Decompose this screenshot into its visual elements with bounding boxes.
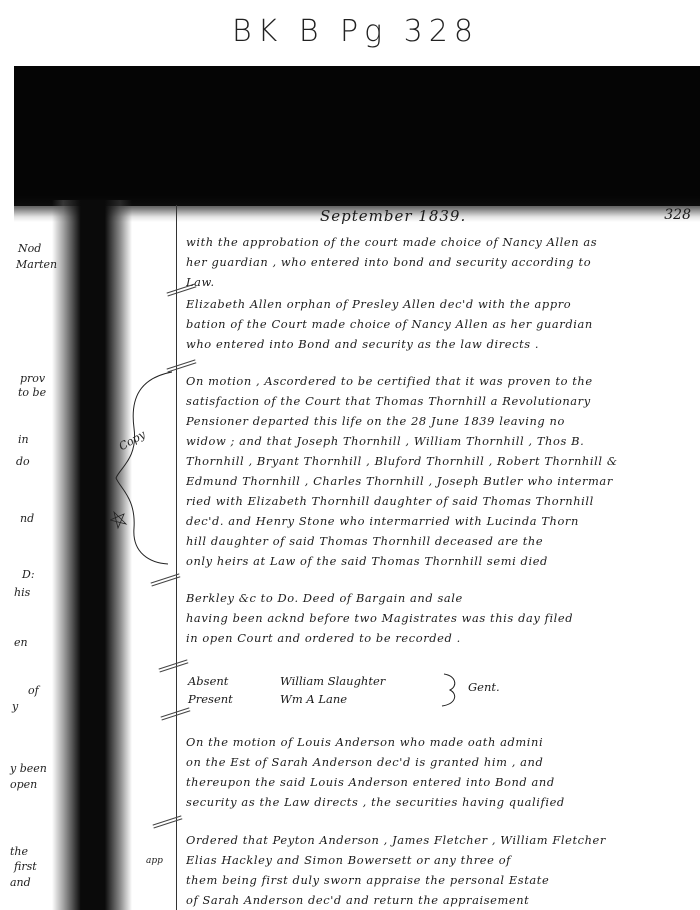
entry-line: Ordered that Peyton Anderson , James Fle… (186, 830, 694, 850)
entry-line: with the approbation of the court made c… (186, 232, 694, 252)
entry-line: having been acknd before two Magistrates… (186, 608, 694, 628)
attendance-suffix: Gent. (468, 680, 500, 694)
entry-line: of Sarah Anderson dec'd and return the a… (186, 890, 694, 910)
entry-line: Law. (186, 272, 694, 292)
entry-nancy-allen-guardian: with the approbation of the court made c… (186, 232, 694, 292)
entry-deed-of-bargain: Berkley &c to Do. Deed of Bargain and sa… (186, 588, 694, 648)
page-header: September 1839. 328 (180, 207, 695, 229)
entry-line: On motion , Ascordered to be certified t… (186, 371, 694, 391)
entry-line: Elizabeth Allen orphan of Presley Allen … (186, 294, 694, 314)
entry-line: who entered into Bond and security as th… (186, 334, 694, 354)
attendance-name: William Slaughter (280, 672, 420, 690)
entry-louis-anderson-admin: On the motion of Louis Anderson who made… (186, 732, 694, 812)
entry-line: only heirs at Law of the said Thomas Tho… (186, 551, 694, 571)
entry-line: hill daughter of said Thomas Thornhill d… (186, 531, 694, 551)
margin-fragment: Nod (18, 242, 41, 256)
margin-fragment: D: (22, 568, 35, 582)
entry-line: security as the Law directs , the securi… (186, 792, 694, 812)
margin-fragment: do (16, 455, 30, 469)
brace-mark-icon (436, 670, 466, 710)
margin-fragment: to be (18, 386, 46, 400)
margin-fragment: the (10, 845, 28, 859)
entry-line: Pensioner departed this life on the 28 J… (186, 411, 694, 431)
entry-line: Thornhill , Bryant Thornhill , Bluford T… (186, 451, 694, 471)
entry-divider-mark (153, 815, 182, 825)
margin-fragment: his (14, 586, 30, 600)
entry-line: thereupon the said Louis Anderson entere… (186, 772, 694, 792)
entry-line: satisfaction of the Court that Thomas Th… (186, 391, 694, 411)
book-page-reference: BK B Pg 328 (232, 14, 479, 49)
entry-line: Edmund Thornhill , Charles Thornhill , J… (186, 471, 694, 491)
margin-fragment: Marten (16, 258, 57, 272)
entry-line: her guardian , who entered into bond and… (186, 252, 694, 272)
entry-line: bation of the Court made choice of Nancy… (186, 314, 694, 334)
margin-fragment: y (12, 700, 18, 714)
entry-line: them being first duly sworn appraise the… (186, 870, 694, 890)
margin-fragment: open (10, 778, 37, 792)
margin-fragment: en (14, 636, 28, 650)
page-date: September 1839. (320, 207, 466, 225)
entry-divider-mark (159, 659, 188, 669)
margin-fragment: prov (20, 372, 45, 386)
margin-fragment: in (18, 433, 29, 447)
attendance-label: Present (188, 690, 280, 708)
entry-elizabeth-allen: Elizabeth Allen orphan of Presley Allen … (186, 294, 694, 354)
entry-line: ried with Elizabeth Thornhill daughter o… (186, 491, 694, 511)
entry-line: Berkley &c to Do. Deed of Bargain and sa… (186, 588, 694, 608)
margin-fragment: y been (10, 762, 47, 776)
brace-mark-icon (110, 368, 180, 568)
entry-line: in open Court and ordered to be recorded… (186, 628, 694, 648)
entry-line: widow ; and that Joseph Thornhill , Will… (186, 431, 694, 451)
entry-divider-mark (167, 283, 196, 293)
entry-line: Elias Hackley and Simon Bowersett or any… (186, 850, 694, 870)
entry-divider-mark (161, 707, 190, 717)
scan-shadow-top (14, 66, 700, 206)
entry-appraisement-order: Ordered that Peyton Anderson , James Fle… (186, 830, 694, 910)
entry-thornhill-heirs: On motion , Ascordered to be certified t… (186, 371, 694, 571)
margin-fragment: first (14, 860, 37, 874)
margin-fragment: and (10, 876, 31, 890)
entry-line: dec'd. and Henry Stone who intermarried … (186, 511, 694, 531)
attendance-label: Absent (188, 672, 280, 690)
entry-line: On the motion of Louis Anderson who made… (186, 732, 694, 752)
page-number: 328 (664, 207, 691, 223)
entry-line: on the Est of Sarah Anderson dec'd is gr… (186, 752, 694, 772)
app-note: app (146, 856, 163, 866)
margin-fragment: nd (20, 512, 34, 526)
margin-fragment: of (28, 684, 39, 698)
attendance-name: Wm A Lane (280, 690, 420, 708)
